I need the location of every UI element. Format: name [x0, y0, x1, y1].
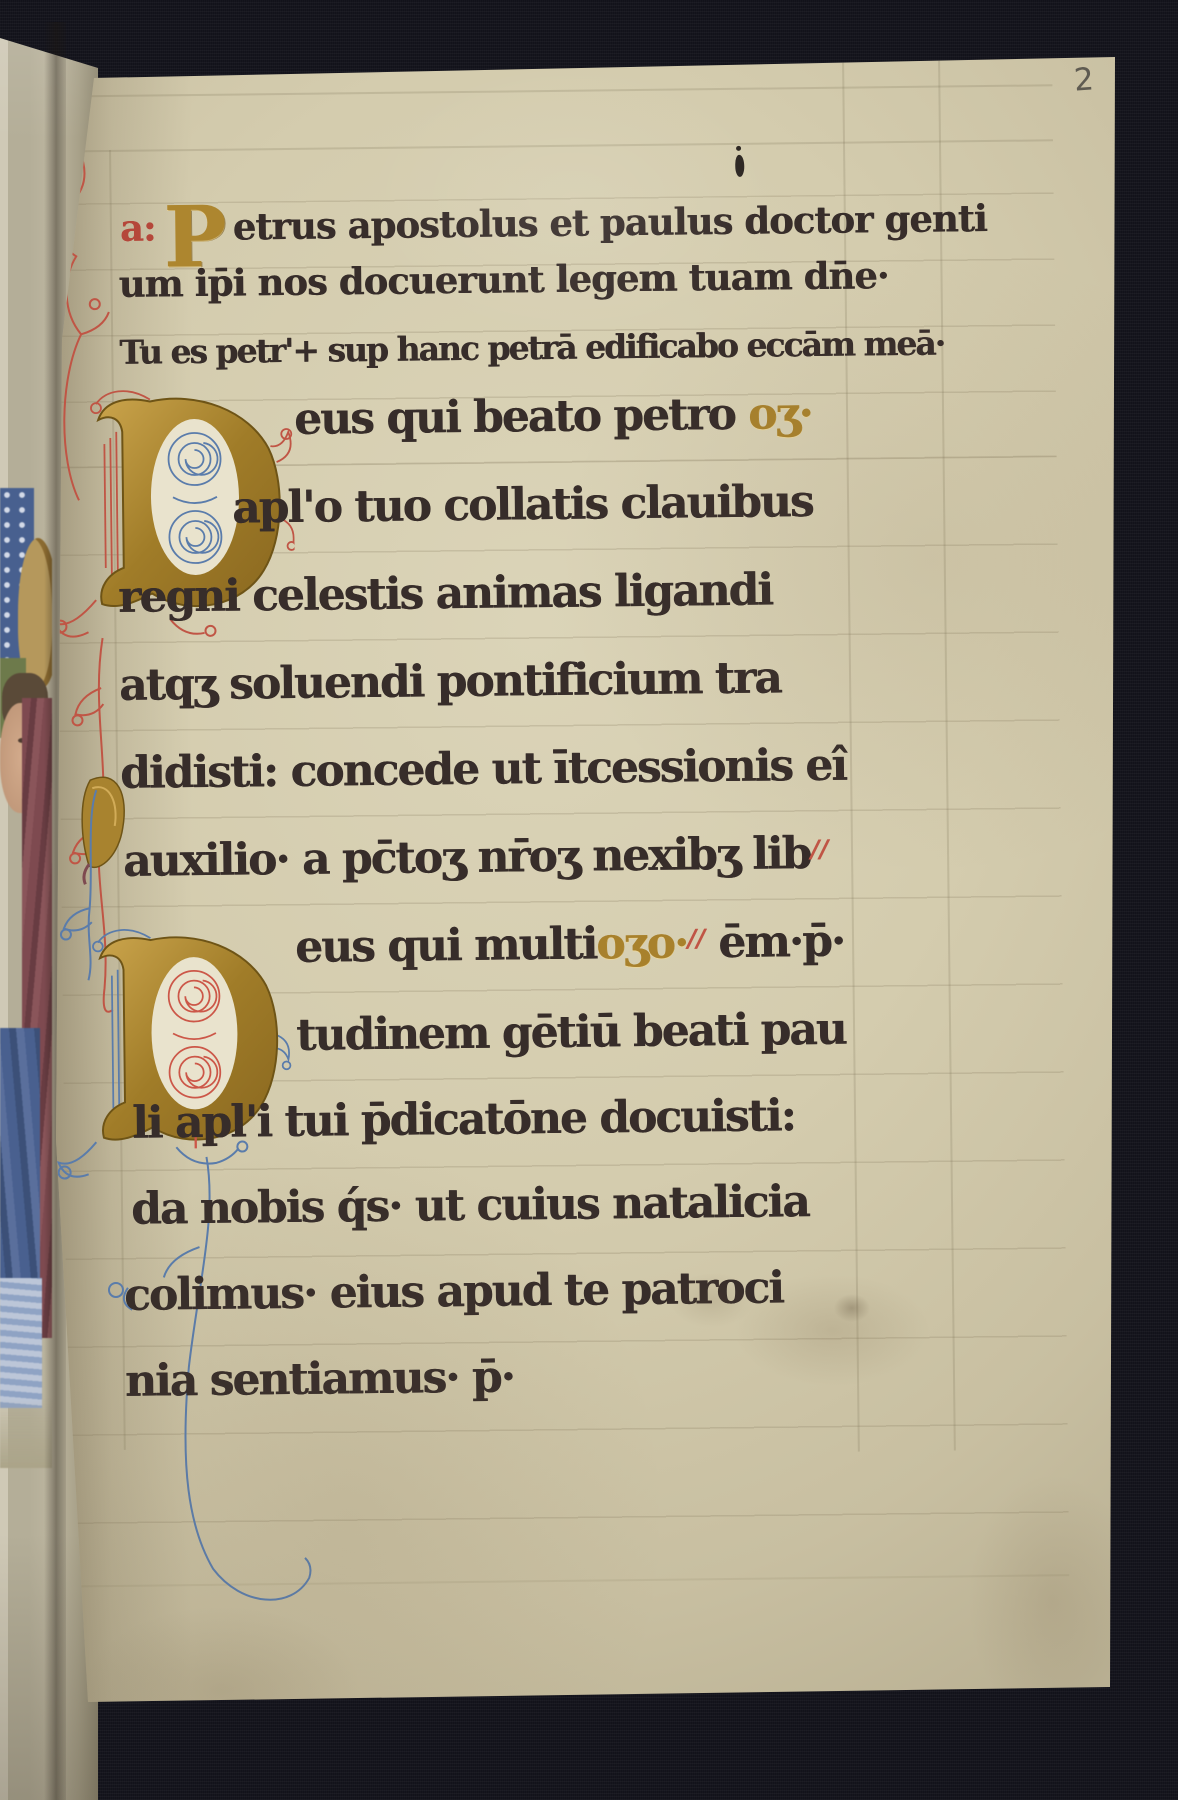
- ruling-lines: [42, 29, 1112, 41]
- parchment-stains: [52, 40, 1122, 1710]
- manuscript-photo: a:Petrus apostolus et paulus doctor gent…: [0, 0, 1178, 1800]
- manuscript-page: a:Petrus apostolus et paulus doctor gent…: [52, 40, 1122, 1710]
- striped-garment-fragment: [0, 1278, 42, 1408]
